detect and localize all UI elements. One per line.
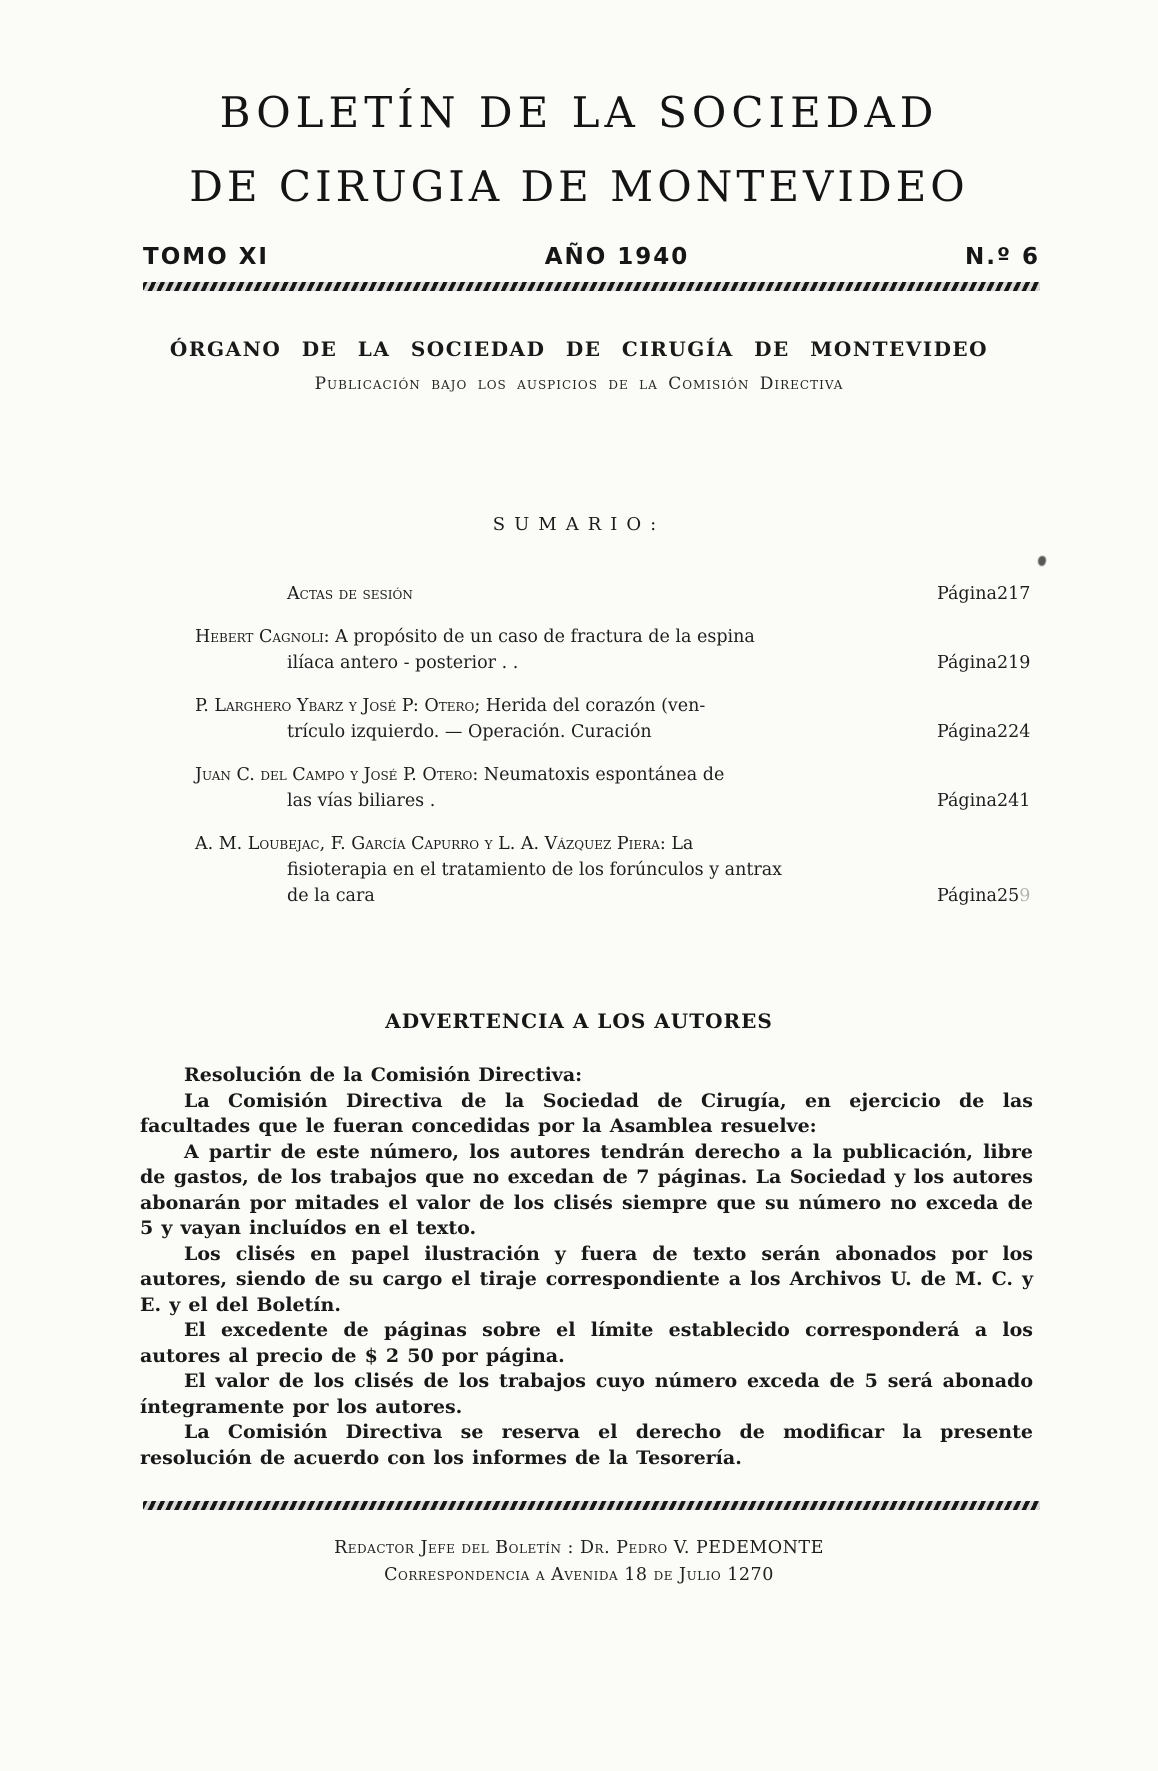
- zigzag-divider-bottom: [143, 1501, 1040, 1510]
- advertencia-paragraph: El excedente de páginas sobre el límite …: [140, 1318, 1033, 1369]
- page-label: Página: [937, 581, 997, 607]
- footer-editor-line: Redactor Jefe del Boletín : Dr. Pedro V.…: [0, 1538, 1158, 1558]
- masthead: BOLETÍN DE LA SOCIEDAD DE CIRUGIA DE MON…: [0, 0, 1158, 208]
- footer: Redactor Jefe del Boletín : Dr. Pedro V.…: [0, 1538, 1158, 1585]
- sumario-entry: Juan C. del Campo y José P. Otero: Neuma…: [195, 762, 995, 814]
- page-label: Página: [937, 883, 997, 909]
- entry-page: Página 259: [937, 883, 1030, 909]
- page-number: 217: [997, 581, 1030, 607]
- page-number: 219: [997, 650, 1030, 676]
- page-label: Página: [937, 788, 997, 814]
- advertencia-paragraph: A partir de este número, los autores ten…: [140, 1140, 1033, 1242]
- tomo-label: TOMO XI: [143, 244, 269, 270]
- zigzag-divider-top: [143, 282, 1040, 291]
- sumario-entry: A. M. Loubejac, F. García Capurro y L. A…: [195, 831, 995, 909]
- entry-authors: P. Larghero Ybarz y José P: Otero;: [195, 696, 480, 716]
- sumario-heading: SUMARIO:: [0, 514, 1158, 535]
- advertencia-heading: ADVERTENCIA A LOS AUTORES: [0, 1009, 1158, 1033]
- page-number: 241: [997, 788, 1030, 814]
- journal-title-line2: DE CIRUGIA DE MONTEVIDEO: [0, 166, 1158, 208]
- entry-authors: Juan C. del Campo y José P. Otero:: [195, 765, 478, 785]
- footer-address-line: Correspondencia a Avenida 18 de Julio 12…: [0, 1565, 1158, 1585]
- entry-text: P. Larghero Ybarz y José P: Otero; Herid…: [195, 693, 937, 745]
- issue-info-row: TOMO XI AÑO 1940 N.º 6: [143, 244, 1040, 270]
- ink-smudge: [1038, 556, 1046, 566]
- entry-text: A. M. Loubejac, F. García Capurro y L. A…: [195, 831, 937, 909]
- faded-digit: 9: [1019, 886, 1030, 906]
- page-label: Página: [937, 650, 997, 676]
- sumario-entry: Hebert Cagnoli: A propósito de un caso d…: [195, 624, 995, 676]
- entry-text: Actas de sesión: [195, 581, 937, 607]
- entry-authors: Hebert Cagnoli:: [195, 627, 330, 647]
- organ-title: ÓRGANO DE LA SOCIEDAD DE CIRUGÍA DE MONT…: [0, 337, 1158, 361]
- journal-cover-page: BOLETÍN DE LA SOCIEDAD DE CIRUGIA DE MON…: [0, 0, 1158, 1771]
- year-label: AÑO 1940: [545, 244, 690, 270]
- entry-page: Página 217: [937, 581, 1030, 607]
- organ-subtitle: Publicación bajo los auspicios de la Com…: [0, 374, 1158, 394]
- entry-authors: A. M. Loubejac, F. García Capurro y L. A…: [195, 834, 666, 854]
- advertencia-paragraph: La Comisión Directiva de la Sociedad de …: [140, 1089, 1033, 1140]
- advertencia-body: Resolución de la Comisión Directiva: La …: [140, 1063, 1033, 1471]
- advertencia-paragraph: El valor de los clisés de los trabajos c…: [140, 1369, 1033, 1420]
- advertencia-paragraph: La Comisión Directiva se reserva el dere…: [140, 1420, 1033, 1471]
- entry-text: Hebert Cagnoli: A propósito de un caso d…: [195, 624, 937, 676]
- sumario-entry: P. Larghero Ybarz y José P: Otero; Herid…: [195, 693, 995, 745]
- page-number: 259: [997, 883, 1030, 909]
- advertencia-paragraph: Los clisés en papel ilustración y fuera …: [140, 1242, 1033, 1319]
- entry-authors: Actas de sesión: [287, 584, 413, 604]
- sumario-entry: Actas de sesión Página 217: [195, 581, 995, 607]
- entry-title: A propósito de un caso de fractura de la…: [287, 627, 755, 673]
- entry-page: Página 241: [937, 788, 1030, 814]
- sumario-list: Actas de sesión Página 217 Hebert Cagnol…: [195, 581, 995, 909]
- page-number: 224: [997, 719, 1030, 745]
- page-label: Página: [937, 719, 997, 745]
- journal-title-line1: BOLETÍN DE LA SOCIEDAD: [0, 92, 1158, 134]
- entry-text: Juan C. del Campo y José P. Otero: Neuma…: [195, 762, 937, 814]
- entry-page: Página 219: [937, 650, 1030, 676]
- entry-page: Página 224: [937, 719, 1030, 745]
- organ-block: ÓRGANO DE LA SOCIEDAD DE CIRUGÍA DE MONT…: [0, 337, 1158, 394]
- advertencia-paragraph: Resolución de la Comisión Directiva:: [140, 1063, 1033, 1089]
- issue-number: N.º 6: [965, 244, 1040, 270]
